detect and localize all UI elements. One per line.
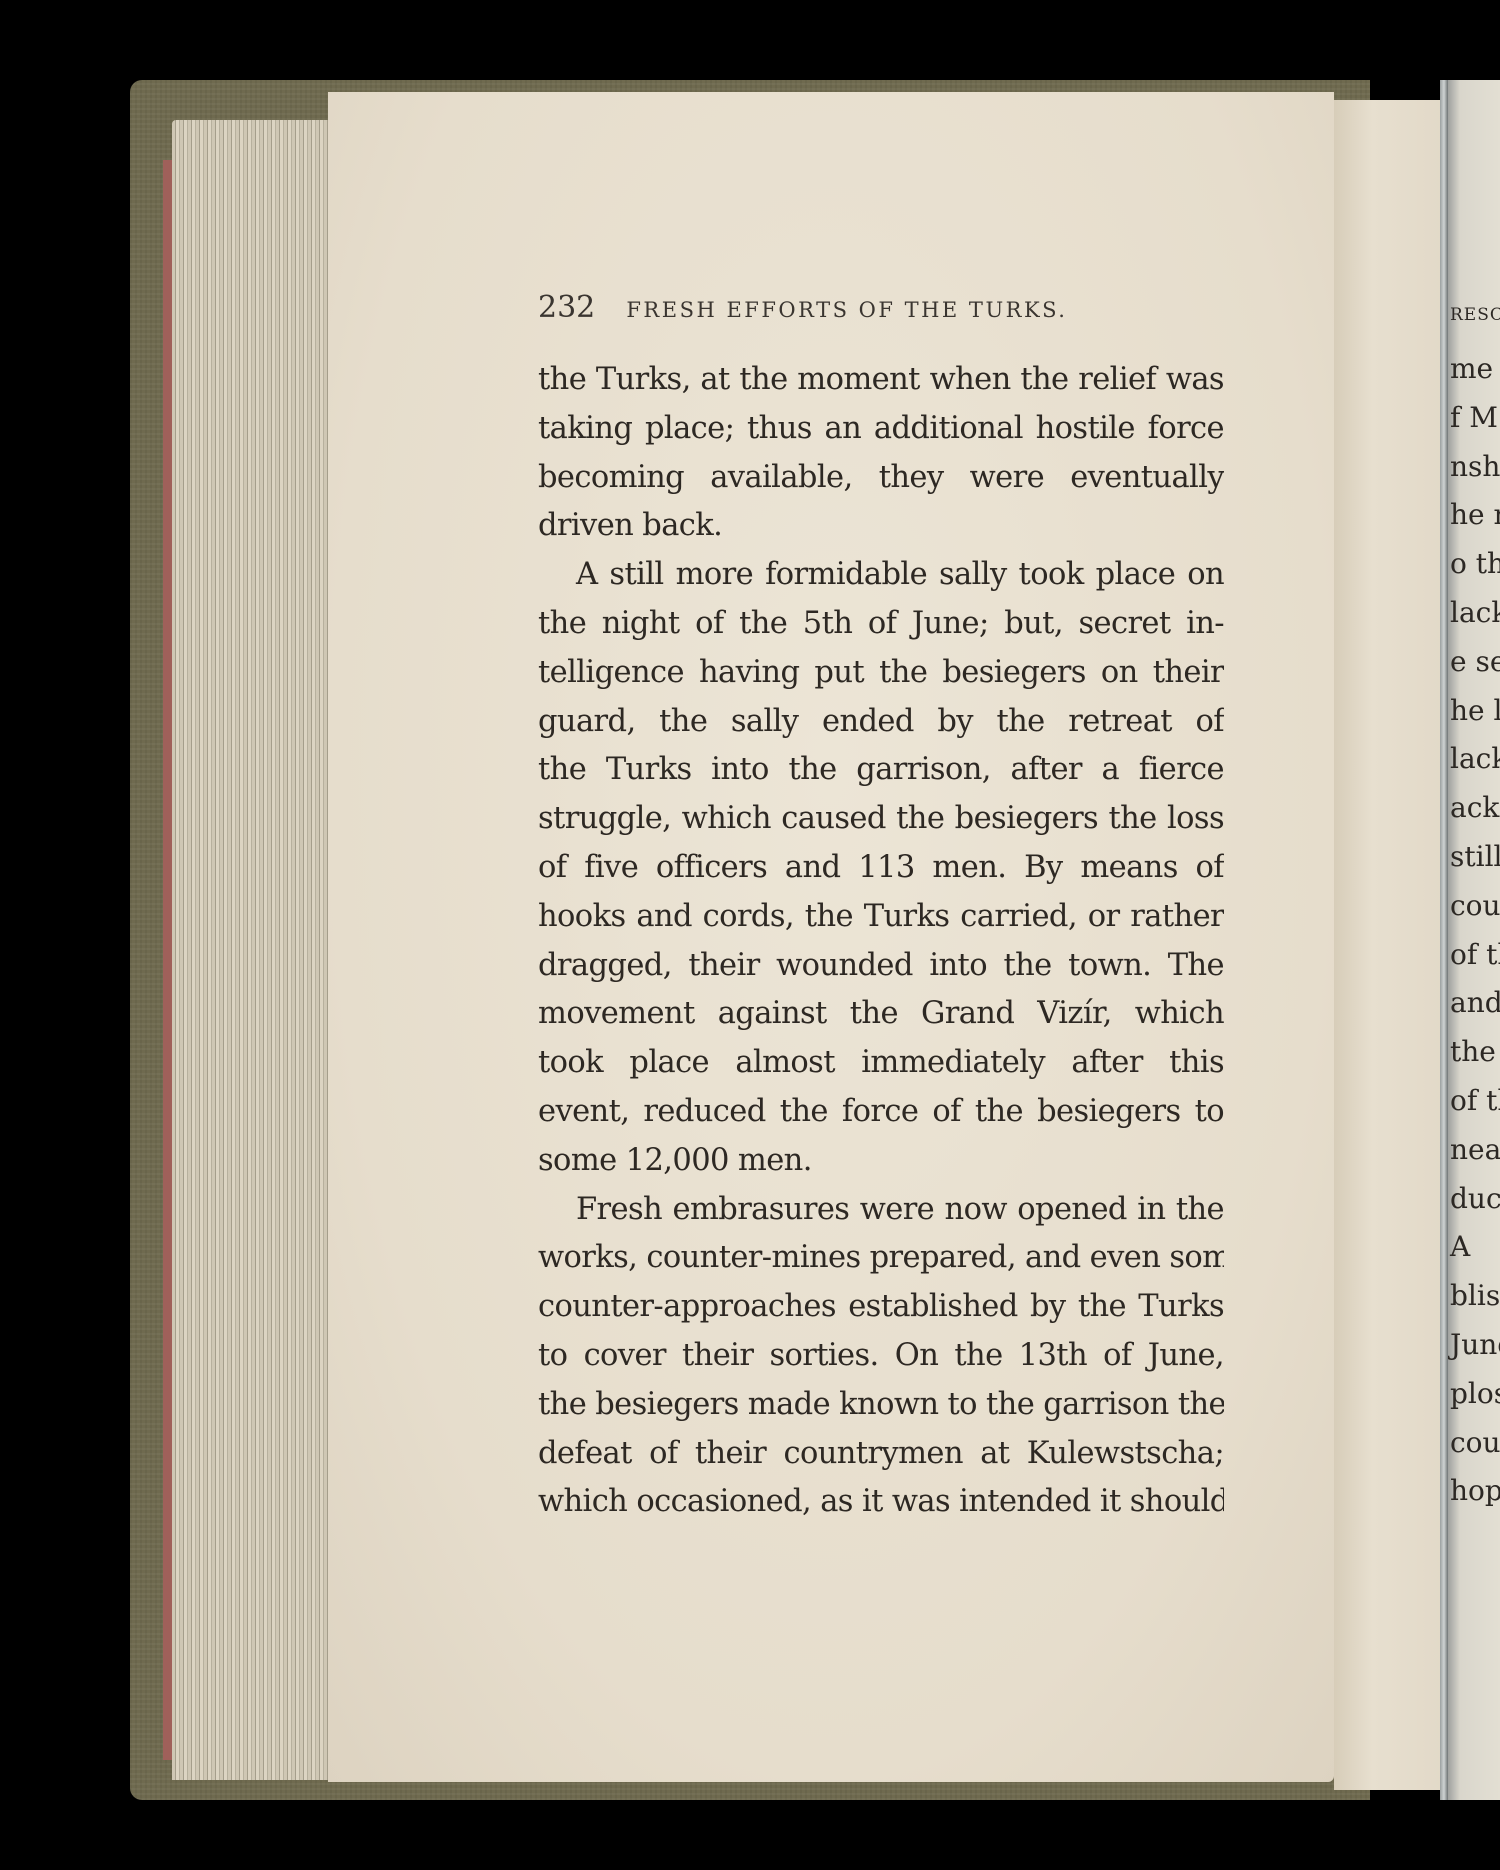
- facing-text-fragment: nshal: [1450, 450, 1500, 483]
- facing-text-fragment: he re: [1450, 498, 1500, 531]
- facing-text-fragment: lack,: [1450, 596, 1500, 629]
- text-line: struggle, which caused the besiegers the…: [538, 795, 1224, 844]
- text-line: driven back.: [538, 502, 1224, 551]
- text-line: guard, the sally ended by the retreat of: [538, 698, 1224, 747]
- facing-text-fragment: A: [1450, 1230, 1470, 1263]
- facing-text-fragment: still: [1450, 840, 1500, 873]
- facing-running-head: RESC: [1450, 305, 1500, 325]
- binding-gutter-line: [1440, 80, 1448, 1800]
- text-line: the Turks into the garrison, after a fie…: [538, 746, 1224, 795]
- facing-text-fragment: count: [1450, 1426, 1500, 1459]
- facing-text-fragment: duced: [1450, 1182, 1500, 1215]
- text-line: event, reduced the force of the besieger…: [538, 1088, 1224, 1137]
- text-line: counter-approaches established by the Tu…: [538, 1283, 1224, 1332]
- text-line: the night of the 5th of June; but, secre…: [538, 600, 1224, 649]
- facing-text-fragment: ack: [1450, 791, 1499, 824]
- facing-text-fragment: the fo: [1450, 1035, 1500, 1068]
- facing-text-fragment: he l: [1450, 694, 1500, 727]
- facing-text-fragment: June: [1450, 1328, 1500, 1361]
- facing-text-fragment: coura: [1450, 889, 1500, 922]
- body-text: the Turks, at the moment when the relief…: [538, 356, 1224, 1527]
- facing-text-fragment: o th: [1450, 547, 1500, 580]
- text-line: A still more formidable sally took place…: [538, 551, 1224, 600]
- facing-text-fragment: of th: [1450, 1084, 1500, 1117]
- text-line: hooks and cords, the Turks carried, or r…: [538, 893, 1224, 942]
- text-line: taking place; thus an additional hostile…: [538, 405, 1224, 454]
- text-line: movement against the Grand Vizír, which: [538, 990, 1224, 1039]
- facing-page-fragment: RESCme (f Mnshalhe reo thlack,e sehe lla…: [1448, 80, 1500, 1800]
- text-line: which occasioned, as it was intended it …: [538, 1478, 1224, 1527]
- facing-text-fragment: of th: [1450, 938, 1500, 971]
- text-line: becoming available, they were eventually: [538, 454, 1224, 503]
- facing-text-fragment: lack-: [1450, 742, 1500, 775]
- facing-text-fragment: blishe: [1450, 1279, 1500, 1312]
- page-number: 232: [538, 290, 595, 325]
- text-line: telligence having put the besiegers on t…: [538, 649, 1224, 698]
- text-line: the besiegers made known to the garrison…: [538, 1381, 1224, 1430]
- text-line: the Turks, at the moment when the relief…: [538, 356, 1224, 405]
- facing-text-fragment: and c: [1450, 986, 1500, 1019]
- running-head: 232 FRESH EFFORTS OF THE TURKS.: [538, 290, 1138, 325]
- text-line: Fresh embrasures were now opened in the: [538, 1186, 1224, 1235]
- facing-text-fragment: nearl: [1450, 1133, 1500, 1166]
- text-line: defeat of their countrymen at Kulewstsch…: [538, 1430, 1224, 1479]
- facing-text-fragment: plosio: [1450, 1377, 1500, 1410]
- facing-text-fragment: f M: [1450, 401, 1498, 434]
- text-line: of five officers and 113 men. By means o…: [538, 844, 1224, 893]
- chapter-title: FRESH EFFORTS OF THE TURKS.: [626, 298, 1067, 322]
- text-line: dragged, their wounded into the town. Th…: [538, 942, 1224, 991]
- facing-text-fragment: e se: [1450, 645, 1500, 678]
- text-line: works, counter-mines prepared, and even …: [538, 1234, 1224, 1283]
- text-line: to cover their sorties. On the 13th of J…: [538, 1332, 1224, 1381]
- text-line: took place almost immediately after this: [538, 1039, 1224, 1088]
- page-stack-edges: [172, 120, 332, 1780]
- facing-text-fragment: hopin: [1450, 1474, 1500, 1507]
- page-gutter: [1334, 100, 1444, 1790]
- text-line: some 12,000 men.: [538, 1137, 1224, 1186]
- facing-text-fragment: me (: [1450, 352, 1500, 385]
